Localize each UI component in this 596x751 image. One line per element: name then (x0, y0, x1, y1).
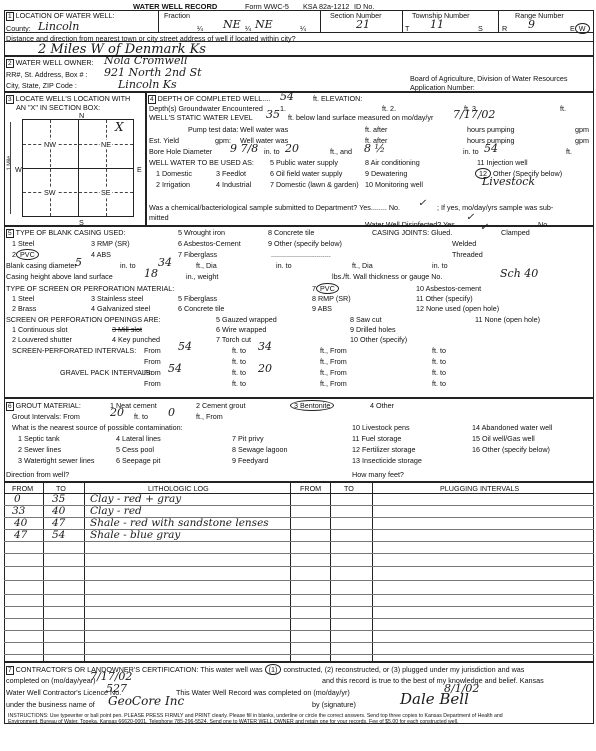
fraction-quarter-2[interactable]: NE (255, 18, 273, 31)
log-row-desc[interactable]: Shale - red with sandstone lenses (90, 517, 269, 529)
signature[interactable]: Dale Bell (400, 690, 469, 708)
depth-label: 4DEPTH OF COMPLETED WELL.... (148, 94, 270, 104)
log-row-to[interactable]: 40 (52, 505, 65, 517)
casing-label: 5TYPE OF BLANK CASING USED: (6, 228, 125, 238)
grout-label: 6GROUT MATERIAL: (6, 401, 81, 411)
grout-bentonite-circled[interactable]: 3 Bentonite (290, 400, 334, 411)
log-row-desc[interactable]: Clay - red (90, 505, 142, 517)
township-value[interactable]: 11 (430, 18, 444, 31)
log-header-to: TO (56, 484, 66, 493)
gravel-to-value[interactable]: 20 (258, 362, 272, 375)
county-value[interactable]: Lincoln (38, 20, 79, 33)
city-label: City, State, ZIP Code : (6, 81, 77, 90)
disinfected-yes-check[interactable]: ✓ (466, 212, 474, 223)
fraction-label: Fraction (164, 11, 190, 20)
screen-from-value[interactable]: 54 (178, 340, 192, 353)
range-label: Range Number (515, 11, 564, 20)
log-row-to[interactable]: 54 (52, 529, 65, 541)
instructions-line-2: Environment, Bureau of Water, Topeka, Ka… (8, 719, 458, 725)
log-row-from[interactable]: 33 (12, 505, 25, 517)
casing-pvc-circled[interactable]: 2PVC (12, 250, 39, 259)
log-row-from[interactable]: 0 (14, 493, 21, 505)
county-label: County: (6, 24, 31, 33)
bore-diameter-2[interactable]: 8 ½ (364, 142, 385, 155)
log-row-from[interactable]: 47 (14, 529, 27, 541)
log-row-desc[interactable]: Shale - blue gray (90, 529, 180, 541)
log-header-to-2: TO (344, 484, 354, 493)
casing-height-value[interactable]: 18 (144, 267, 158, 280)
range-value[interactable]: 9 (528, 18, 535, 31)
section-number-value[interactable]: 21 (356, 18, 370, 31)
screen-pvc-circled[interactable]: 7PVC (312, 284, 339, 293)
opening-mill-slot-selected[interactable]: 3 Mill slot (112, 325, 142, 334)
joints-glued-check[interactable]: ✓ (480, 222, 488, 233)
wall-thickness-value[interactable]: Sch 40 (500, 267, 538, 280)
address-label: RR#, St. Address, Box # : (6, 70, 88, 79)
range-ew: EW (570, 24, 590, 33)
log-row-to[interactable]: 35 (52, 493, 65, 505)
section-box-grid[interactable]: NW NE SW SE X (22, 119, 134, 217)
owner-label: 2WATER WELL OWNER: (6, 58, 94, 68)
log-row-from[interactable]: 40 (14, 517, 27, 529)
depth-value[interactable]: 54 (280, 90, 294, 103)
log-header-from: FROM (12, 484, 33, 493)
bore-to-2[interactable]: 54 (484, 142, 498, 155)
business-name-value[interactable]: GeoCore Inc (108, 694, 184, 708)
city-value[interactable]: Lincoln Ks (118, 78, 177, 91)
well-location-mark: X (115, 120, 124, 134)
gravel-from-value[interactable]: 54 (168, 362, 182, 375)
log-row-desc[interactable]: Clay - red + gray (90, 493, 181, 505)
casing-to-value[interactable]: 34 (158, 256, 172, 269)
static-date-value[interactable]: 7/17/02 (453, 108, 495, 121)
log-header-plugging: PLUGGING INTERVALS (440, 484, 519, 493)
screen-to-value[interactable]: 34 (258, 340, 272, 353)
grout-from-value[interactable]: 20 (110, 406, 124, 419)
grout-to-value[interactable]: 0 (168, 406, 175, 419)
sample-no-check[interactable]: ✓ (418, 198, 426, 209)
certification-label: 7CONTRACTOR'S OR LANDOWNER'S CERTIFICATI… (6, 665, 524, 675)
log-header-lithologic: LITHOLOGIC LOG (148, 484, 209, 493)
board-label: Board of Agriculture, Division of Water … (410, 74, 568, 83)
use-other-value[interactable]: Livestock (482, 175, 535, 188)
application-number-label: Application Number: (410, 83, 475, 92)
bore-diameter-1[interactable]: 9 7/8 (230, 142, 258, 155)
fraction-quarter-1[interactable]: NE (223, 18, 241, 31)
log-row-to[interactable]: 47 (52, 517, 65, 529)
log-header-from-2: FROM (300, 484, 321, 493)
static-level-value[interactable]: 35 (266, 108, 280, 121)
casing-diameter-value[interactable]: 5 (75, 256, 82, 269)
bore-to-1[interactable]: 20 (285, 142, 299, 155)
